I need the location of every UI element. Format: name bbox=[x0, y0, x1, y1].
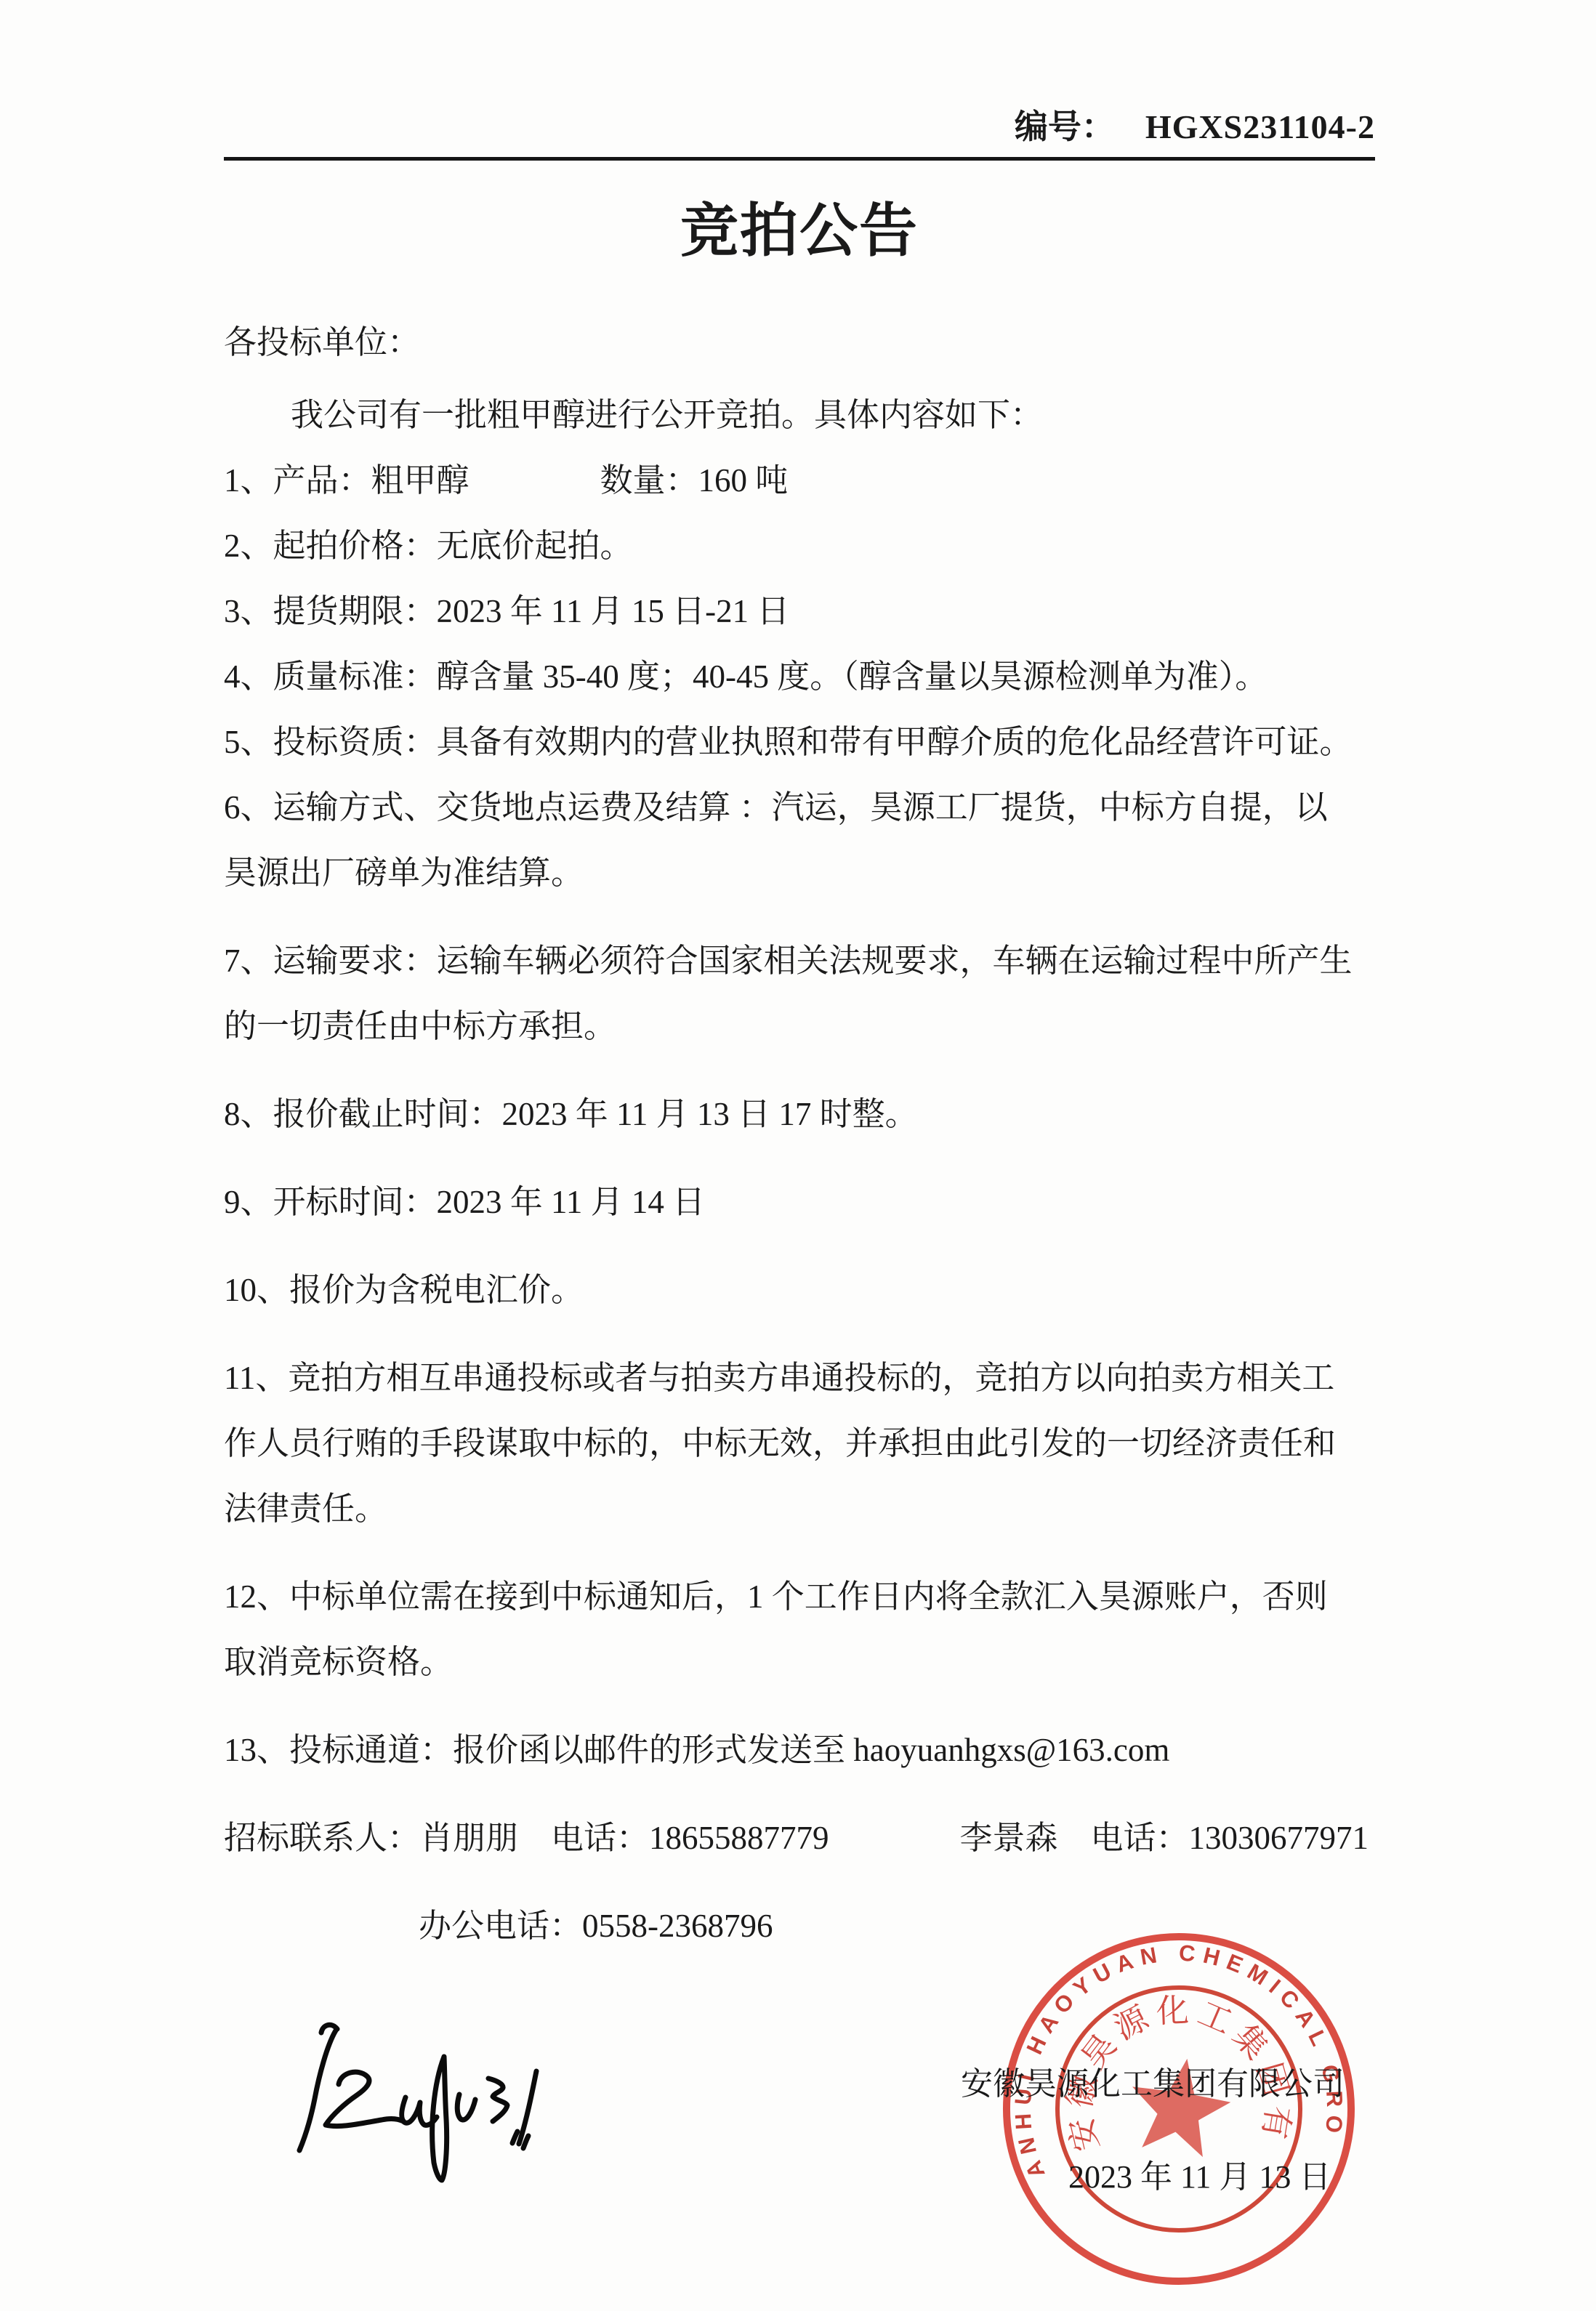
scanned-auction-notice-page: 编号：HGXS231104-2 竞拍公告 各投标单位： 我公司有一批粗甲醇进行公… bbox=[0, 0, 1596, 2311]
item-3-pickup-period: 3、提货期限：2023 年 11 月 15 日-21 日 bbox=[224, 578, 1375, 644]
item-6-transport-settlement: 6、运输方式、交货地点运费及结算 ：汽运，昊源工厂提货，中标方自提，以 bbox=[224, 775, 1375, 840]
issue-date: 2023 年 11 月 13 日 bbox=[1068, 2155, 1331, 2199]
item-9-bid-opening-time: 9、开标时间：2023 年 11 月 14 日 bbox=[224, 1169, 1375, 1235]
item-1-product: 1、产品：粗甲醇 数量：160 吨 bbox=[224, 448, 1375, 513]
contacts-line: 招标联系人：肖朋朋 电话：18655887779 李景森 电话：13030677… bbox=[224, 1805, 1375, 1871]
signature-stroke bbox=[457, 2094, 475, 2120]
page-title: 竞拍公告 bbox=[224, 184, 1375, 267]
issuer-company-name: 安徽昊源化工集团有限公司 bbox=[961, 2062, 1345, 2106]
document-content: 编号：HGXS231104-2 竞拍公告 各投标单位： 我公司有一批粗甲醇进行公… bbox=[224, 0, 1375, 1959]
signature-stroke bbox=[488, 2078, 507, 2121]
svg-text:ANHUI HAOYUAN CHEMICAL GROUP C: ANHUI HAOYUAN CHEMICAL GROUP CO.,LTD. bbox=[997, 1927, 1353, 2185]
item-12-payment-clause-cont: 取消竞标资格。 bbox=[224, 1629, 1375, 1695]
document-number-line: 编号：HGXS231104-2 bbox=[224, 100, 1375, 148]
item-10-price-terms: 10、报价为含税电汇价。 bbox=[224, 1257, 1375, 1323]
item-11-collusion-clause-cont: 作人员行贿的手段谋取中标的，中标无效，并承担由此引发的一切经济责任和 bbox=[224, 1411, 1375, 1476]
document-number-label: 编号： bbox=[1015, 108, 1115, 145]
signature-stroke bbox=[299, 2030, 336, 2150]
item-12-payment-clause: 12、中标单位需在接到中标通知后，1 个工作日内将全款汇入昊源账户，否则 bbox=[224, 1564, 1375, 1629]
item-6-transport-settlement-cont: 昊源出厂磅单为准结算。 bbox=[224, 840, 1375, 906]
handwritten-signature bbox=[285, 2019, 576, 2199]
signature-stroke bbox=[523, 2136, 528, 2148]
document-number-value: HGXS231104-2 bbox=[1145, 108, 1375, 145]
item-11-collusion-clause-end: 法律责任。 bbox=[224, 1476, 1375, 1541]
signature-stroke bbox=[326, 2072, 403, 2126]
header-divider-line bbox=[224, 157, 1375, 161]
item-2-start-price: 2、起拍价格：无底价起拍。 bbox=[224, 513, 1375, 578]
company-seal-stamp: ANHUI HAOYUAN CHEMICAL GROUP CO.,LTD. 安徽… bbox=[997, 1927, 1361, 2291]
signature-stroke bbox=[512, 2131, 517, 2143]
item-4-quality-standard: 4、质量标准：醇含量 35-40 度；40-45 度。（醇含量以昊源检测单为准）… bbox=[224, 644, 1375, 709]
item-8-quote-deadline: 8、报价截止时间：2023 年 11 月 13 日 17 时整。 bbox=[224, 1081, 1375, 1147]
item-7-transport-requirements: 7、运输要求：运输车辆必须符合国家相关法规要求，车辆在运输过程中所产生 bbox=[224, 928, 1375, 993]
signature-stroke bbox=[432, 2057, 447, 2180]
item-11-collusion-clause: 11、竞拍方相互串通投标或者与拍卖方串通投标的，竞拍方以向拍卖方相关工 bbox=[224, 1345, 1375, 1411]
signature-stroke bbox=[519, 2071, 536, 2144]
intro-paragraph: 我公司有一批粗甲醇进行公开竞拍。具体内容如下： bbox=[224, 382, 1375, 448]
item-13-bidding-channel: 13、投标通道：报价函以邮件的形式发送至 haoyuanhgxs@163.com bbox=[224, 1717, 1375, 1783]
item-5-bidder-qualification: 5、投标资质：具备有效期内的营业执照和带有甲醇介质的危化品经营许可证。 bbox=[224, 709, 1375, 775]
stamp-english-ring-text: ANHUI HAOYUAN CHEMICAL GROUP CO.,LTD. bbox=[997, 1927, 1353, 2185]
salutation-line: 各投标单位： bbox=[224, 310, 1375, 375]
item-7-transport-requirements-cont: 的一切责任由中标方承担。 bbox=[224, 993, 1375, 1059]
